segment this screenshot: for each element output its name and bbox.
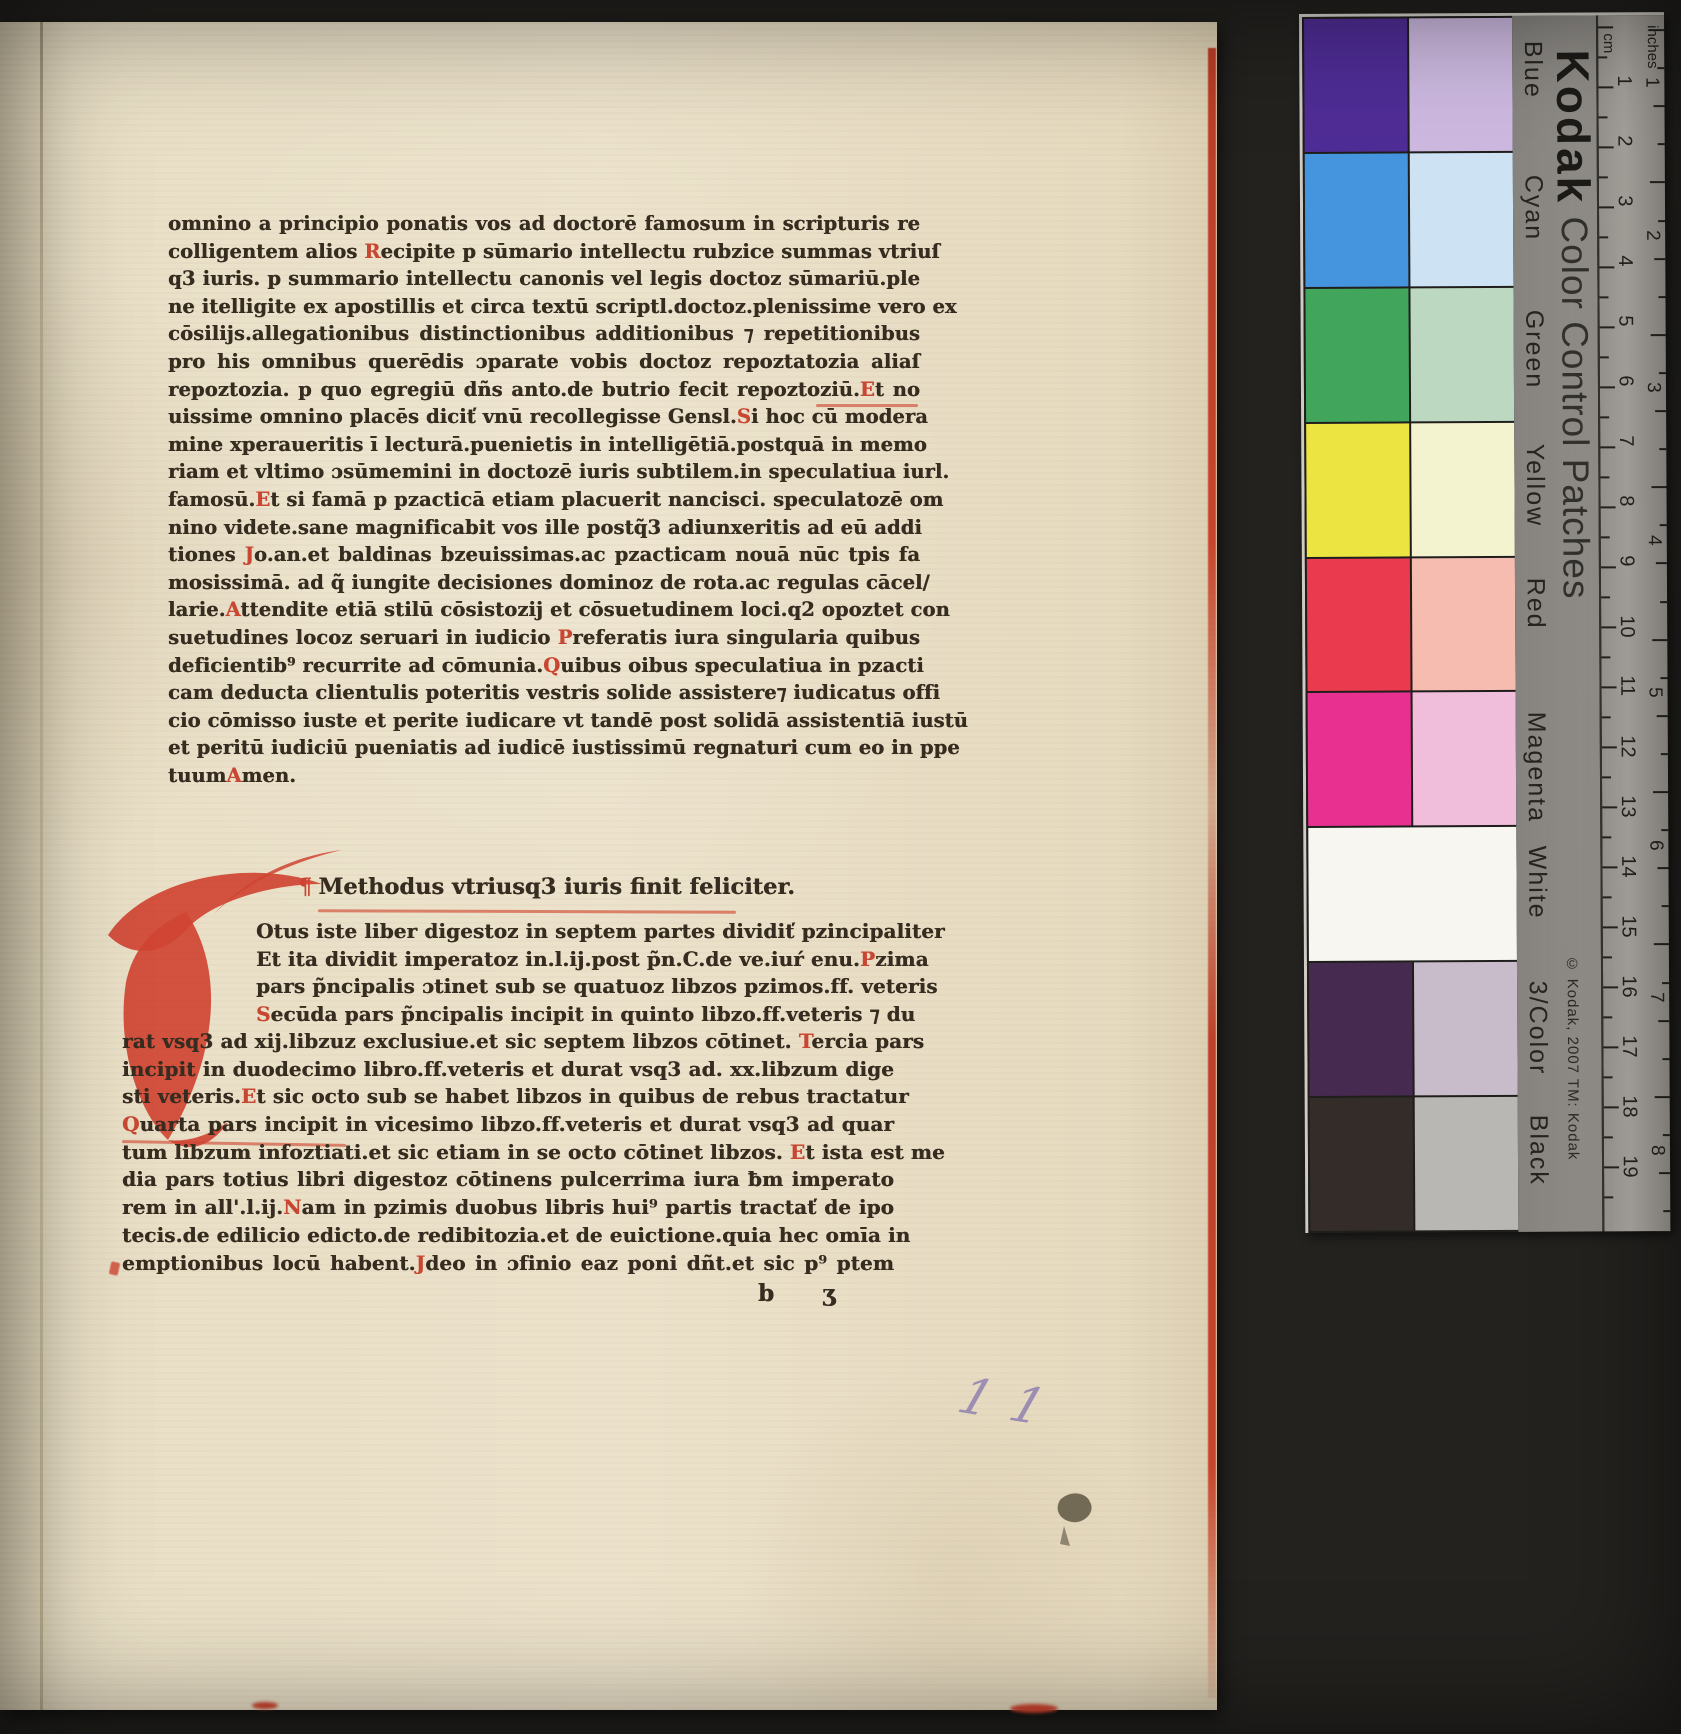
text-line: nino videte.sane magnificabit vos ille p… [168,514,920,542]
cm-number: 10 [1615,615,1638,637]
ruler-tick [1651,486,1666,488]
text-line: larie.Attendite etiā stilū cōsistozij et… [168,596,920,624]
kodak-logo-text: Kodak [1547,49,1600,205]
ruler-tick [1598,146,1613,148]
ruler-tick [1599,326,1614,328]
patch-label-green: Green [1519,309,1548,389]
patch-label-3-color: 3/Color [1523,980,1552,1075]
patch-label-red: Red [1521,578,1550,630]
ruler-tick [1603,926,1618,928]
ruler-tick [1602,806,1617,808]
ruler-tick [1602,776,1611,778]
ruler-tick [1600,386,1615,388]
ruler-tick [1603,1016,1612,1018]
ruler-tick [1655,1096,1670,1098]
cm-number: 1 [1612,75,1635,86]
ruler-tick [1602,836,1611,838]
ruler-tick [1598,26,1613,28]
ruler-tick [1660,524,1667,526]
cm-number: 11 [1615,675,1638,696]
cm-number: 17 [1617,1035,1640,1057]
ruler-tick [1657,715,1668,717]
page-gutter-crease [40,22,43,1710]
cm-number: 13 [1616,795,1639,817]
text-line: Secūda pars p̃ncipalis incipit in quinto… [256,1001,902,1029]
color-patch [1304,18,1408,151]
text-line: riam et vltimo ɔsūmemini in doctozē iuri… [168,458,920,486]
ruler-tick [1603,1046,1618,1048]
text-line: suetudines locoz seruari in iudicio Pref… [168,624,920,652]
ink-blot [1040,1482,1110,1572]
ruler-tick [1601,626,1616,628]
text-line: rat vsq3 ad xij.libzuz exclusiue.et sic … [122,1028,894,1056]
inch-number: 8 [1646,1145,1668,1156]
paragraph-2-full: rat vsq3 ad xij.libzuz exclusiue.et sic … [122,1028,894,1277]
color-patch [1415,1097,1519,1230]
cm-number: 18 [1617,1095,1640,1117]
inch-number: 4 [1643,535,1665,546]
ruler-tick [1654,943,1669,945]
patch-row-blue [1304,18,1512,152]
ruler-tick [1602,746,1617,748]
text-line: dia pars totius libri digestoz cōtinens … [122,1166,894,1194]
ruler-tick [1601,716,1610,718]
ruler-tick [1658,220,1665,222]
inches-unit-label: inches [1644,25,1661,68]
text-line: rem in all'.l.ij.Nam in pzimis duobus li… [122,1194,894,1222]
ruler-tick [1651,334,1666,336]
inch-number: 5 [1644,687,1666,698]
red-edge-smudge [252,1702,278,1709]
patch-row-black [1310,1097,1518,1231]
color-patch [1409,18,1513,151]
ruler-tick [1599,206,1614,208]
ruler-tick [1604,1136,1613,1138]
ruler-tick [1604,1166,1619,1168]
patch-row-red [1307,557,1515,691]
card-title-text: Color Control Patches [1554,205,1597,599]
text-line: omnino a principio ponatis vos ad doctor… [168,210,920,238]
text-line: colligentem alios Recipite p sūmario int… [168,238,920,266]
card-ruler: cm inches 123456789101112131415161718191… [1596,15,1671,1231]
ruler-tick [1662,1058,1669,1060]
ruler-tick [1659,1172,1670,1174]
color-patches [1302,16,1518,1233]
heading-text: Methodus vtriusq3 iuris finit feliciter. [318,874,795,900]
color-patch [1306,423,1410,556]
ruler-tick [1603,986,1618,988]
text-line: repoztozia. p quo egregiū dñs anto.de bu… [168,376,920,404]
paragraph-2-indented: Otus iste liber digestoz in septem parte… [256,918,902,1029]
text-line: mine xperaueritis ī lecturā.puenietis in… [168,431,920,459]
red-edge-smudge [1010,1704,1058,1713]
color-patch [1308,827,1516,961]
cm-number: 3 [1613,195,1636,206]
ruler-tick [1599,266,1614,268]
ruler-tick [1600,446,1615,448]
text-line: Et ita dividit imperatoz in.l.ij.post p̃… [256,946,902,974]
ruler-tick [1600,416,1609,418]
patch-row-magenta [1308,692,1516,826]
patch-label-black: Black [1523,1115,1552,1186]
patch-row-3-color [1309,962,1517,1096]
color-patch [1411,423,1515,556]
text-line: q3 iuris. p summario intellectu canonis … [168,265,920,293]
color-patch [1309,963,1413,1096]
text-line: pars p̃ncipalis ɔtinet sub se quatuoz li… [256,973,902,1001]
ruler-tick [1602,866,1617,868]
page-red-fore-edge [1208,48,1216,1698]
signature-mark: b ʒ [758,1280,878,1307]
text-line: Otus iste liber digestoz in septem parte… [256,918,902,946]
ruler-tick [1657,67,1664,69]
signature-letter: b [758,1280,774,1307]
ruler-tick [1662,982,1669,984]
text-line: sti veteris.Et sic octo sub se habet lib… [122,1083,894,1111]
inch-number: 1 [1640,77,1662,88]
cm-number: 19 [1618,1155,1641,1177]
ruler-tick [1602,896,1611,898]
ruler-tick [1600,506,1615,508]
text-line: uissime omnino placēs diciť vnū recolleg… [168,403,920,431]
color-patch [1307,558,1411,691]
ruler-tick [1600,356,1609,358]
kodak-color-card: Kodak Color Control Patches © Kodak, 200… [1299,12,1670,1233]
ruler-tick [1655,410,1666,412]
text-line: Quarta pars incipit in vicesimo libzo.ff… [122,1111,894,1139]
patch-row-cyan [1305,153,1513,287]
rubric-underline-et-no [816,404,918,407]
ruler-tick [1661,829,1668,831]
color-patch [1305,153,1409,286]
text-line: ne itelligite ex apostillis et circa tex… [168,293,920,321]
patch-label-magenta: Magenta [1521,712,1551,823]
cm-number: 7 [1614,435,1637,446]
rubric-underline-heading [318,909,736,913]
ruler-tick [1601,596,1610,598]
text-line: mosissimā. ad q̃ iungite decisiones domi… [168,569,920,597]
ruler-tick [1649,29,1664,31]
ruler-tick [1603,1106,1618,1108]
ruler-tick [1599,176,1608,178]
text-line: emptionibus locū habent.Jdeo in ɔfinio e… [122,1250,894,1278]
ruler-tick [1652,639,1667,641]
ruler-tick [1604,1196,1613,1198]
ruler-tick [1658,1020,1669,1022]
color-patch [1308,693,1412,826]
ruler-tick [1660,677,1667,679]
ruler-tick [1598,86,1613,88]
color-patch [1310,1098,1414,1231]
color-patch [1412,557,1516,690]
inch-number: 2 [1641,230,1663,241]
text-line: pro his omnibus querēdis ɔparate vobis d… [168,348,920,376]
text-line: tum libzum infoztiati.et sic etiam in se… [122,1139,894,1167]
ruler-tick [1660,601,1667,603]
ruler-tick [1603,1076,1612,1078]
red-margin-mark [109,1261,121,1276]
cm-number: 4 [1613,255,1636,266]
cm-number: 9 [1615,555,1638,566]
handwritten-foliation: 11 [951,1367,1073,1439]
signature-numeral: ʒ [822,1280,835,1307]
color-patch [1414,962,1518,1095]
color-patch [1305,288,1409,421]
photograph-frame: omnino a principio ponatis vos ad doctor… [0,0,1681,1734]
ruler-tick [1661,753,1668,755]
ruler-tick [1600,536,1609,538]
ruler-tick [1653,105,1664,107]
ruler-tick [1601,686,1616,688]
text-line: tuumAmen. [168,762,920,790]
ruler-tick [1599,296,1608,298]
patch-row-yellow [1306,423,1514,557]
patch-label-yellow: Yellow [1520,444,1549,528]
ruler-tick [1599,236,1608,238]
text-line: tiones Jo.an.et baldinas bzeuissimas.ac … [168,541,920,569]
text-line: cio cōmisso iuste et perite iudicare vt … [168,707,920,735]
ruler-tick [1650,181,1665,183]
text-line: famosū.Et si famā p pzacticā etiam placu… [168,486,920,514]
cm-number: 6 [1614,375,1637,386]
text-line: cōsilijs.allegationibus distinctionibus … [168,320,920,348]
paragraph-1: omnino a principio ponatis vos ad doctor… [168,210,920,789]
ruler-tick [1657,867,1668,869]
cm-number: 14 [1616,855,1639,877]
ruler-tick [1658,296,1665,298]
ruler-tick [1663,1210,1670,1212]
cm-number: 8 [1614,495,1637,506]
color-patch [1410,153,1514,286]
inch-number: 6 [1644,840,1666,851]
cm-number: 12 [1616,735,1639,757]
ruler-tick [1601,656,1610,658]
ruler-tick [1601,566,1616,568]
text-line: tecis.de edilicio edicto.de redibitozia.… [122,1222,894,1250]
cm-number: 15 [1616,915,1639,937]
ruler-tick [1598,56,1607,58]
patch-label-blue: Blue [1518,41,1547,99]
ruler-tick [1654,258,1665,260]
ruler-tick [1659,372,1666,374]
inch-number: 3 [1642,382,1664,393]
color-patch [1410,288,1514,421]
ruler-tick [1600,476,1609,478]
patch-row-green [1305,288,1513,422]
text-line: et peritū iudiciū pueniatis ad iudicē iu… [168,734,920,762]
color-patch [1412,692,1516,825]
inch-number: 7 [1645,992,1667,1003]
patch-label-white: White [1522,846,1551,920]
ruler-tick [1663,1134,1670,1136]
cm-number: 16 [1617,975,1640,997]
kodak-brand-text: Kodak Color Control Patches [1546,49,1603,599]
cm-number: 2 [1612,135,1635,146]
ruler-tick [1653,791,1668,793]
card-copyright: © Kodak, 2007 TM: Kodak [1564,956,1582,1161]
card-label-strip: Kodak Color Control Patches © Kodak, 200… [1512,15,1602,1231]
ruler-tick [1662,905,1669,907]
ruler-tick [1658,143,1665,145]
ruler-tick [1656,562,1667,564]
text-line: incipit in duodecimo libro.ff.veteris et… [122,1056,894,1084]
text-line: deficientib⁹ recurrite ad cōmunia.Quibus… [168,652,920,680]
ruler-tick [1603,956,1612,958]
patch-row-white [1308,827,1516,961]
text-line: cam deducta clientulis poteritis vestris… [168,679,920,707]
ruler-tick [1659,448,1666,450]
cm-number: 5 [1613,315,1636,326]
cm-unit-label: cm [1600,33,1617,53]
patch-label-cyan: Cyan [1519,175,1548,242]
ruler-tick [1598,116,1607,118]
book-page: omnino a principio ponatis vos ad doctor… [0,22,1217,1710]
colophon-heading: ¶Methodus vtriusq3 iuris finit feliciter… [298,874,795,900]
